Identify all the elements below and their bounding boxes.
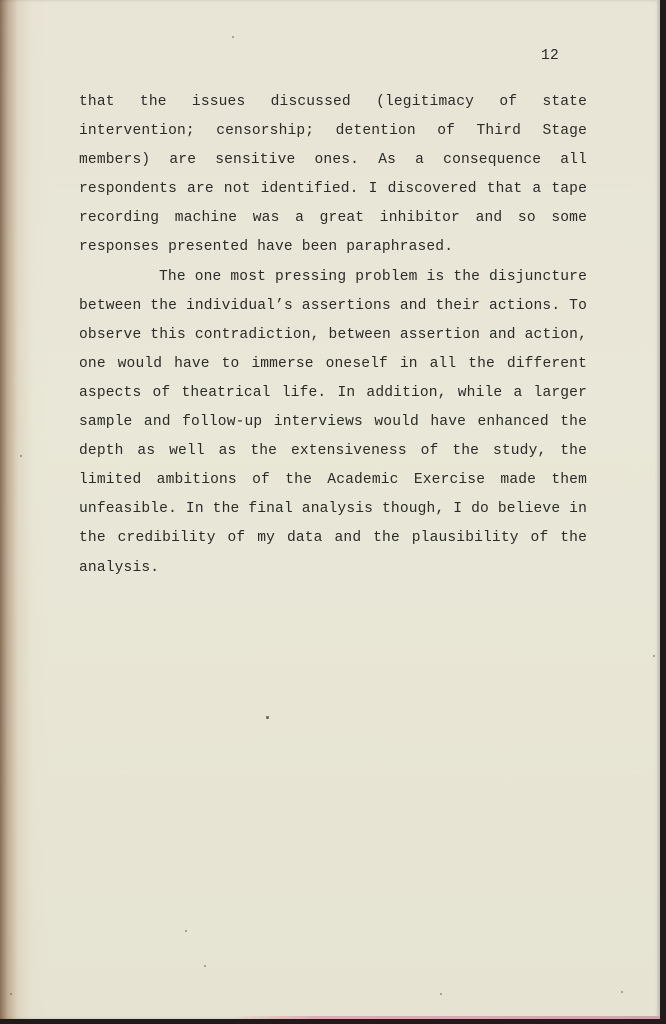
dust-speck — [185, 930, 187, 932]
dust-speck — [266, 716, 269, 719]
dust-speck — [653, 655, 655, 657]
text-line: one would have to immerse oneself in all… — [79, 350, 587, 379]
paper-page: 12 that the issues discussed (legitimacy… — [0, 0, 660, 1019]
text-line: observe this contradiction, between asse… — [79, 321, 587, 350]
text-line: limited ambitions of the Academic Exerci… — [79, 466, 587, 495]
page-number: 12 — [541, 48, 559, 64]
text-line: between the individual’s assertions and … — [79, 292, 587, 321]
dust-speck — [204, 965, 206, 967]
text-line: aspects of theatrical life. In addition,… — [79, 379, 587, 408]
paragraph: The one most pressing problem is the dis… — [79, 263, 587, 583]
text-line: The one most pressing problem is the dis… — [79, 263, 587, 292]
text-line: responses presented have been paraphrase… — [79, 233, 587, 262]
dust-speck — [10, 993, 12, 995]
text-line: that the issues discussed (legitimacy of… — [79, 88, 587, 117]
dust-speck — [440, 993, 442, 995]
page-edge — [230, 1016, 660, 1019]
text-line: the credibility of my data and the plaus… — [79, 524, 587, 553]
dust-speck — [232, 36, 234, 38]
text-line: respondents are not identified. I discov… — [79, 175, 587, 204]
scanned-page-view: 12 that the issues discussed (legitimacy… — [0, 0, 666, 1024]
page-edge — [657, 0, 660, 1019]
paragraph: that the issues discussed (legitimacy of… — [79, 88, 587, 263]
text-line: unfeasible. In the final analysis though… — [79, 495, 587, 524]
text-line: members) are sensitive ones. As a conseq… — [79, 146, 587, 175]
body-text: that the issues discussed (legitimacy of… — [79, 88, 587, 583]
dust-speck — [20, 455, 22, 457]
text-line: depth as well as the extensiveness of th… — [79, 437, 587, 466]
text-line: recording machine was a great inhibitor … — [79, 204, 587, 233]
text-line: sample and follow-up interviews would ha… — [79, 408, 587, 437]
text-line: analysis. — [79, 554, 587, 583]
dust-speck — [621, 991, 623, 993]
text-line: intervention; censorship; detention of T… — [79, 117, 587, 146]
